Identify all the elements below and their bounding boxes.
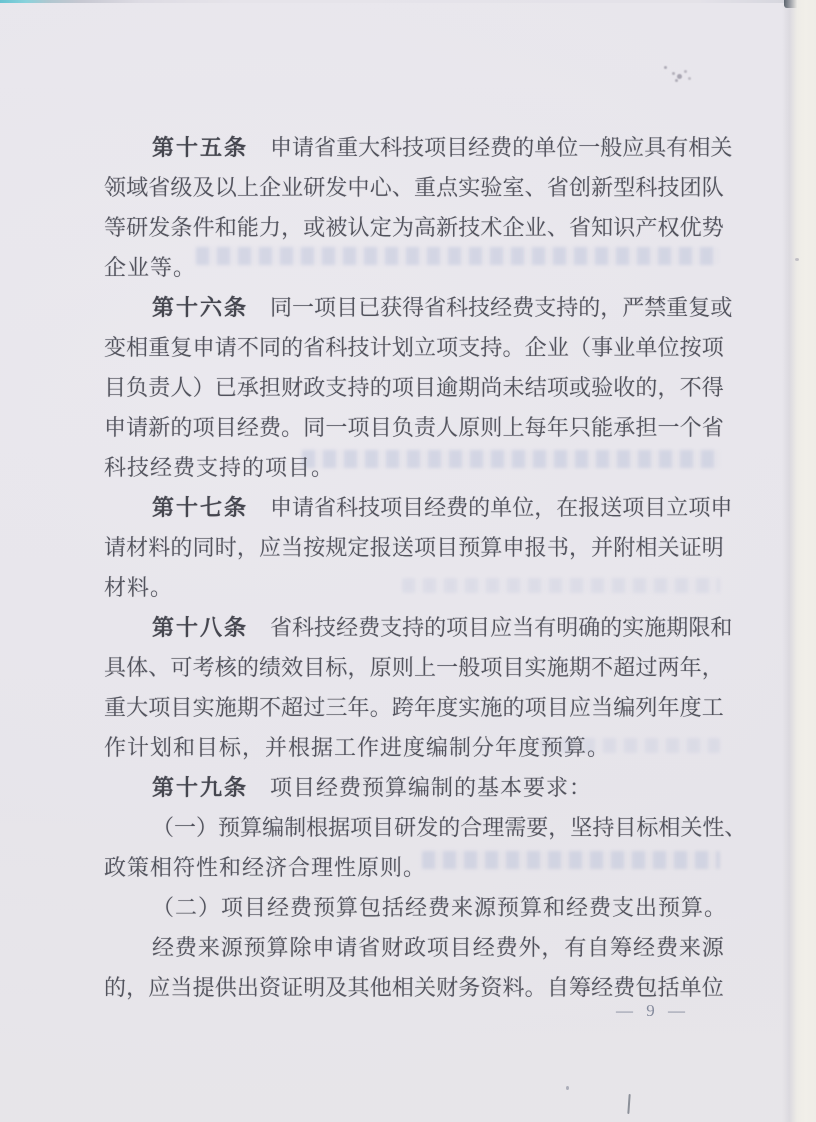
text-line: （二）项目经费预算包括经费来源预算和经费支出预算。 [104,888,724,928]
article-number: 第十六条 [152,288,248,328]
scan-speck [566,1086,569,1090]
text-line: 目负责人）已承担财政支持的项目逾期尚未结项或验收的，不得 [104,368,724,408]
text-line: 申请新的项目经费。同一项目负责人原则上每年只能承担一个省 [104,408,724,448]
text-line: 科技经费支持的项目。 [104,448,724,488]
scan-speck [795,258,799,261]
text-line: 第十九条项目经费预算编制的基本要求： [104,768,724,808]
text-line: 等研发条件和能力，或被认定为高新技术企业、省知识产权优势 [104,208,724,248]
text-line: 第十五条申请省重大科技项目经费的单位一般应具有相关 [104,128,724,168]
text-line: 经费来源预算除申请省财政项目经费外，有自筹经费来源 [104,928,724,968]
scan-top-edge-artifact [0,0,816,3]
scanned-document-page: 第十五条申请省重大科技项目经费的单位一般应具有相关领域省级及以上企业研发中心、重… [0,0,816,1122]
text-line: 政策相符性和经济合理性原则。 [104,848,724,888]
text-line: 企业等。 [104,248,724,288]
document-body: 第十五条申请省重大科技项目经费的单位一般应具有相关领域省级及以上企业研发中心、重… [104,128,724,1008]
text-line: 请材料的同时，应当按规定报送项目预算申报书，并附相关证明 [104,528,724,568]
pencil-mark [664,66,667,69]
text-line: 第十七条申请省科技项目经费的单位，在报送项目立项申 [104,488,724,528]
text-line: 重大项目实施期不超过三年。跨年度实施的项目应当编列年度工 [104,688,724,728]
text-line: 第十六条同一项目已获得省科技经费支持的，严禁重复或 [104,288,724,328]
text-line: 作计划和目标，并根据工作进度编制分年度预算。 [104,728,724,768]
article-number: 第十五条 [152,128,248,168]
scan-speck [627,1094,630,1114]
text-line: 领域省级及以上企业研发中心、重点实验室、省创新型科技团队 [104,168,724,208]
article-number: 第十九条 [152,775,248,800]
page-right-edge [782,0,816,1122]
article-number: 第十七条 [152,488,248,528]
text-line: 具体、可考核的绩效目标，原则上一般项目实施期不超过两年， [104,648,724,688]
page-number: — 9 — [596,998,706,1024]
text-line: （一）预算编制根据项目研发的合理需要，坚持目标相关性、 [104,808,724,848]
text-line: 材料。 [104,568,724,608]
text-line: 第十八条省科技经费支持的项目应当有明确的实施期限和 [104,608,724,648]
article-number: 第十八条 [152,608,248,648]
text-line: 变相重复申请不同的省科技计划立项支持。企业（事业单位按项 [104,328,724,368]
